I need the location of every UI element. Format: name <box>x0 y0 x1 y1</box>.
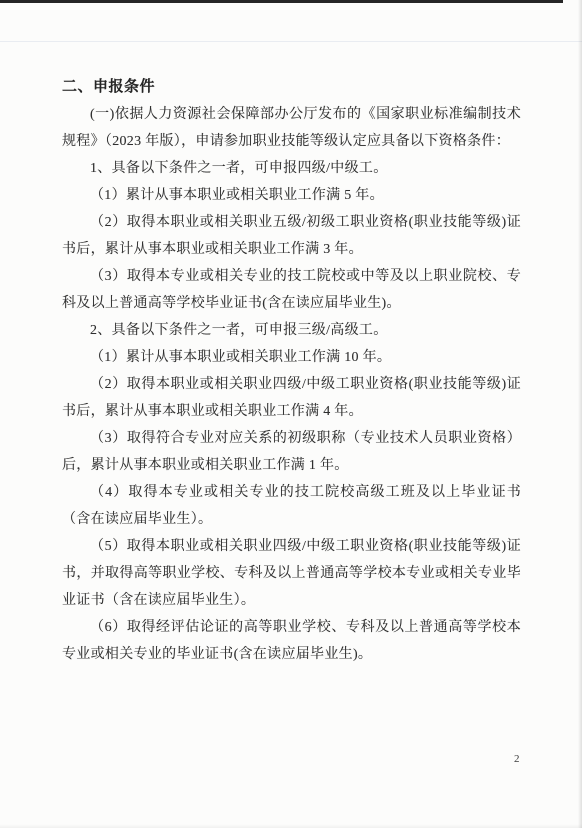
paragraph-level3-intro: 2、具备以下条件之一者，可申报三级/高级工。 <box>62 317 521 344</box>
document-body: 二、申报条件 (一)依据人力资源社会保障部办公厅发布的《国家职业标准编制技术规程… <box>62 74 521 668</box>
scan-right-edge-artifact <box>578 0 582 828</box>
section-heading: 二、申报条件 <box>62 74 521 101</box>
scan-bottom-edge-artifact <box>0 824 582 828</box>
paragraph-level4-item1: （1）累计从事本职业或相关职业工作满 5 年。 <box>62 182 521 209</box>
page-number: 2 <box>514 752 520 766</box>
scan-top-edge-artifact <box>0 0 563 3</box>
paragraph-basis: (一)依据人力资源社会保障部办公厅发布的《国家职业标准编制技术规程》（2023 … <box>62 101 521 155</box>
paragraph-level3-item1: （1）累计从事本职业或相关职业工作满 10 年。 <box>62 344 521 371</box>
paragraph-level4-item3: （3）取得本专业或相关专业的技工院校或中等及以上职业院校、专科及以上普通高等学校… <box>62 263 521 317</box>
scan-fold-line-artifact <box>0 41 582 42</box>
paragraph-level3-item3: （3）取得符合专业对应关系的初级职称（专业技术人员职业资格）后，累计从事本职业或… <box>62 425 521 479</box>
paragraph-level3-item2: （2）取得本职业或相关职业四级/中级工职业资格(职业技能等级)证书后，累计从事本… <box>62 371 521 425</box>
paragraph-level4-item2: （2）取得本职业或相关职业五级/初级工职业资格(职业技能等级)证书后，累计从事本… <box>62 209 521 263</box>
paragraph-level3-item6: （6）取得经评估论证的高等职业学校、专科及以上普通高等学校本专业或相关专业的毕业… <box>62 614 521 668</box>
paragraph-level4-intro: 1、具备以下条件之一者，可申报四级/中级工。 <box>62 155 521 182</box>
document-page: 二、申报条件 (一)依据人力资源社会保障部办公厅发布的《国家职业标准编制技术规程… <box>0 0 582 828</box>
paragraph-level3-item5: （5）取得本职业或相关职业四级/中级工职业资格(职业技能等级)证书，并取得高等职… <box>62 533 521 614</box>
paragraph-level3-item4: （4）取得本专业或相关专业的技工院校高级工班及以上毕业证书（含在读应届毕业生）。 <box>62 479 521 533</box>
